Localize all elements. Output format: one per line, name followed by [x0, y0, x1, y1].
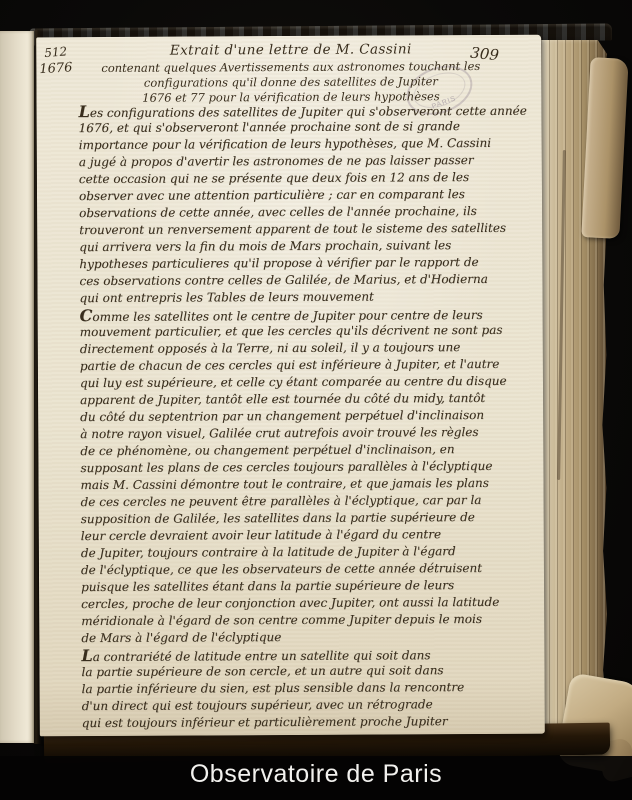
- manuscript-line: trouveront un renversement apparent de t…: [79, 220, 540, 239]
- heading-line: Extrait d'une lettre de M. Cassini: [66, 41, 515, 59]
- manuscript-line: qui est toujours inférieur et particuliè…: [82, 713, 543, 732]
- manuscript-heading: Extrait d'une lettre de M. Cassiniconten…: [66, 41, 515, 106]
- manuscript-line: a jugé à propos d'avertir les astronomes…: [79, 152, 540, 171]
- heading-line: contenant quelques Avertissements aux as…: [66, 59, 515, 76]
- manuscript-line: Les configurations des satellites de Jup…: [79, 101, 540, 120]
- manuscript-line: supposition de Galilée, les satellites d…: [81, 509, 542, 528]
- curled-corner-top-right: [581, 57, 628, 239]
- folio-number: 512: [44, 44, 68, 60]
- manuscript-page: 512 1676 309 PARIS Extrait d'une lettre …: [36, 35, 545, 737]
- archive-photo: 512 1676 309 PARIS Extrait d'une lettre …: [0, 0, 632, 800]
- facing-page-edge: [0, 31, 34, 743]
- manuscript-line: mouvement particulier, et que les cercle…: [80, 322, 541, 341]
- manuscript-line: de l'éclyptique, ce que les observateurs…: [81, 560, 542, 579]
- manuscript-line: à notre rayon visuel, Galilée crut autre…: [80, 424, 541, 443]
- manuscript-body: Les configurations des satellites de Jup…: [79, 101, 543, 732]
- photo-caption: Observatoire de Paris: [0, 760, 632, 789]
- manuscript-line: ces observations contre celles de Galilé…: [79, 271, 540, 290]
- manuscript-line: méridionale à l'égard de son centre comm…: [81, 611, 542, 630]
